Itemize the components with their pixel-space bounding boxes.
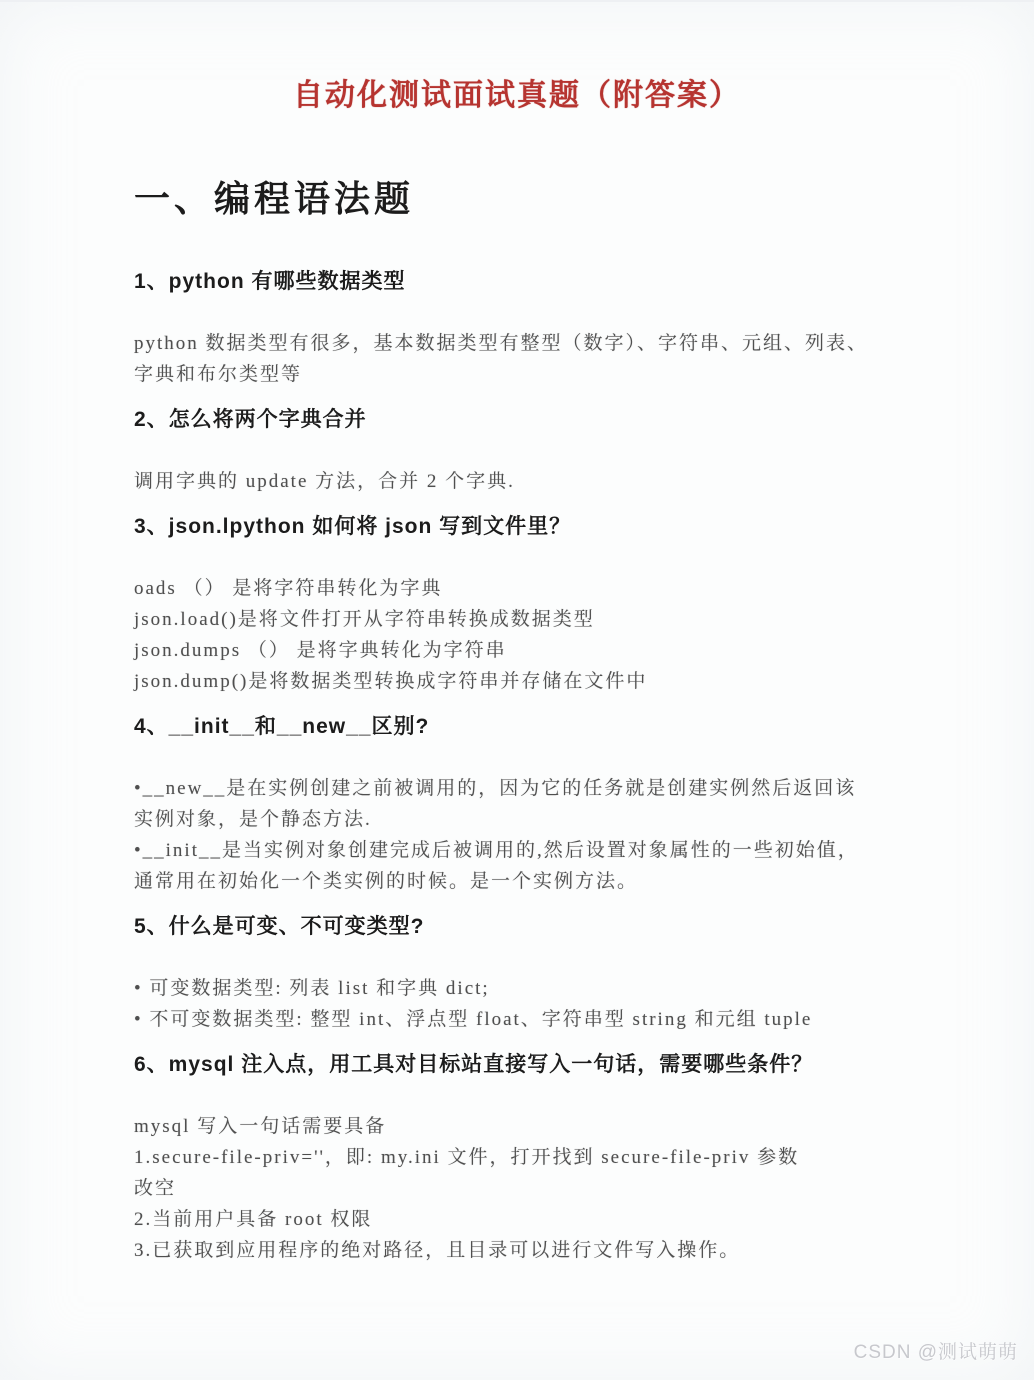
question-3-heading: 3、json.lpython 如何将 json 写到文件里？ (134, 514, 934, 540)
answer-line: oads （） 是将字符串转化为字典 (134, 573, 934, 604)
answer-line: 3.已获取到应用程序的绝对路径，且目录可以进行文件写入操作。 (134, 1235, 934, 1266)
question-6-answer: mysql 写入一句话需要具备 1.secure-file-priv=''，即:… (134, 1111, 934, 1266)
question-4-heading: 4、__init__和__new__区别? (134, 714, 934, 740)
question-block-3: 3、json.lpython 如何将 json 写到文件里？ oads （） 是… (134, 514, 934, 697)
answer-line: 1.secure-file-priv=''，即: my.ini 文件，打开找到 … (134, 1142, 934, 1173)
answer-line: json.dumps （） 是将字典转化为字符串 (134, 635, 934, 666)
document-title: 自动化测试面试真题（附答案） (0, 2, 1034, 114)
answer-line: 字典和布尔类型等 (134, 359, 934, 390)
answer-line: •__new__是在实例创建之前被调用的，因为它的任务就是创建实例然后返回该 (134, 773, 934, 804)
question-block-2: 2、怎么将两个字典合并 调用字典的 update 方法，合并 2 个字典. (134, 407, 934, 497)
answer-line: 实例对象，是个静态方法. (134, 804, 934, 835)
answer-line: json.dump()是将数据类型转换成字符串并存储在文件中 (134, 666, 934, 697)
question-block-4: 4、__init__和__new__区别? •__new__是在实例创建之前被调… (134, 714, 934, 897)
answer-line: 调用字典的 update 方法，合并 2 个字典. (134, 466, 934, 497)
question-3-answer: oads （） 是将字符串转化为字典 json.load()是将文件打开从字符串… (134, 573, 934, 697)
answer-line: 通常用在初始化一个类实例的时候。是一个实例方法。 (134, 866, 934, 897)
answer-line: json.load()是将文件打开从字符串转换成数据类型 (134, 604, 934, 635)
question-1-heading: 1、python 有哪些数据类型 (134, 269, 934, 295)
question-4-answer: •__new__是在实例创建之前被调用的，因为它的任务就是创建实例然后返回该 实… (134, 773, 934, 897)
answer-line: 2.当前用户具备 root 权限 (134, 1204, 934, 1235)
question-2-heading: 2、怎么将两个字典合并 (134, 407, 934, 433)
answer-line: mysql 写入一句话需要具备 (134, 1111, 934, 1142)
section-heading: 一、编程语法题 (134, 178, 1034, 220)
document-page: 自动化测试面试真题（附答案） 一、编程语法题 1、python 有哪些数据类型 … (0, 0, 1034, 1380)
question-block-6: 6、mysql 注入点，用工具对目标站直接写入一句话，需要哪些条件？ mysql… (134, 1052, 934, 1266)
question-block-5: 5、什么是可变、不可变类型? • 可变数据类型: 列表 list 和字典 dic… (134, 914, 934, 1035)
question-1-answer: python 数据类型有很多，基本数据类型有整型（数字）、字符串、元组、列表、 … (134, 328, 934, 390)
question-6-heading: 6、mysql 注入点，用工具对目标站直接写入一句话，需要哪些条件？ (134, 1052, 934, 1078)
question-5-heading: 5、什么是可变、不可变类型? (134, 914, 934, 940)
answer-line: 改空 (134, 1173, 934, 1204)
answer-line: • 不可变数据类型: 整型 int、浮点型 float、字符串型 string … (134, 1004, 934, 1035)
answer-line: •__init__是当实例对象创建完成后被调用的,然后设置对象属性的一些初始值， (134, 835, 934, 866)
answer-line: python 数据类型有很多，基本数据类型有整型（数字）、字符串、元组、列表、 (134, 328, 934, 359)
watermark: CSDN @测试萌萌 (854, 1337, 1018, 1364)
question-5-answer: • 可变数据类型: 列表 list 和字典 dict; • 不可变数据类型: 整… (134, 973, 934, 1035)
question-2-answer: 调用字典的 update 方法，合并 2 个字典. (134, 466, 934, 497)
answer-line: • 可变数据类型: 列表 list 和字典 dict; (134, 973, 934, 1004)
question-block-1: 1、python 有哪些数据类型 python 数据类型有很多，基本数据类型有整… (134, 269, 934, 390)
